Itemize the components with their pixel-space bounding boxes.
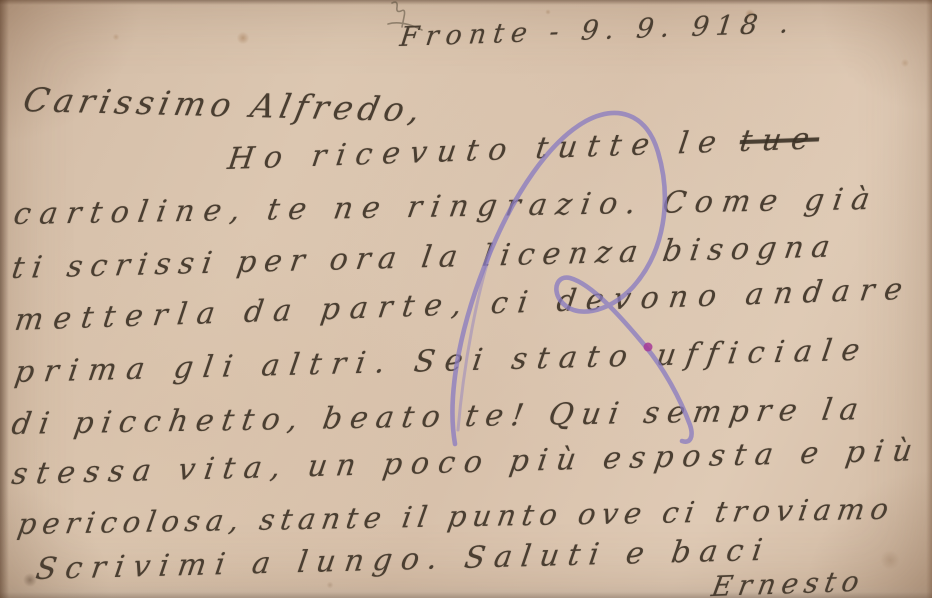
dateline: Fronte - 9. 9. 918 . [398,8,797,53]
struck-word: tue [738,121,822,159]
body-line: di picchetto, beato te! Qui sempre la [9,392,868,442]
body-line: prima gli altri. Sei stato ufficiale [12,333,872,391]
opening-line-text: Ho ricevuto tutte le [226,125,729,178]
signature: Ernesto [709,565,868,598]
body-line: cartoline, te ne ringrazio. Come già [11,182,881,232]
opening-line: Ho ricevuto tutte letue [226,121,822,177]
postcard-scan: Fronte - 9. 9. 918 . Carissimo Alfredo, … [0,0,932,598]
body-line: stessa vita, un poco più esposta e più [9,433,923,492]
salutation: Carissimo Alfredo, [20,80,428,129]
closing-line: Scrivimi a lungo. Saluti e baci [33,533,773,587]
